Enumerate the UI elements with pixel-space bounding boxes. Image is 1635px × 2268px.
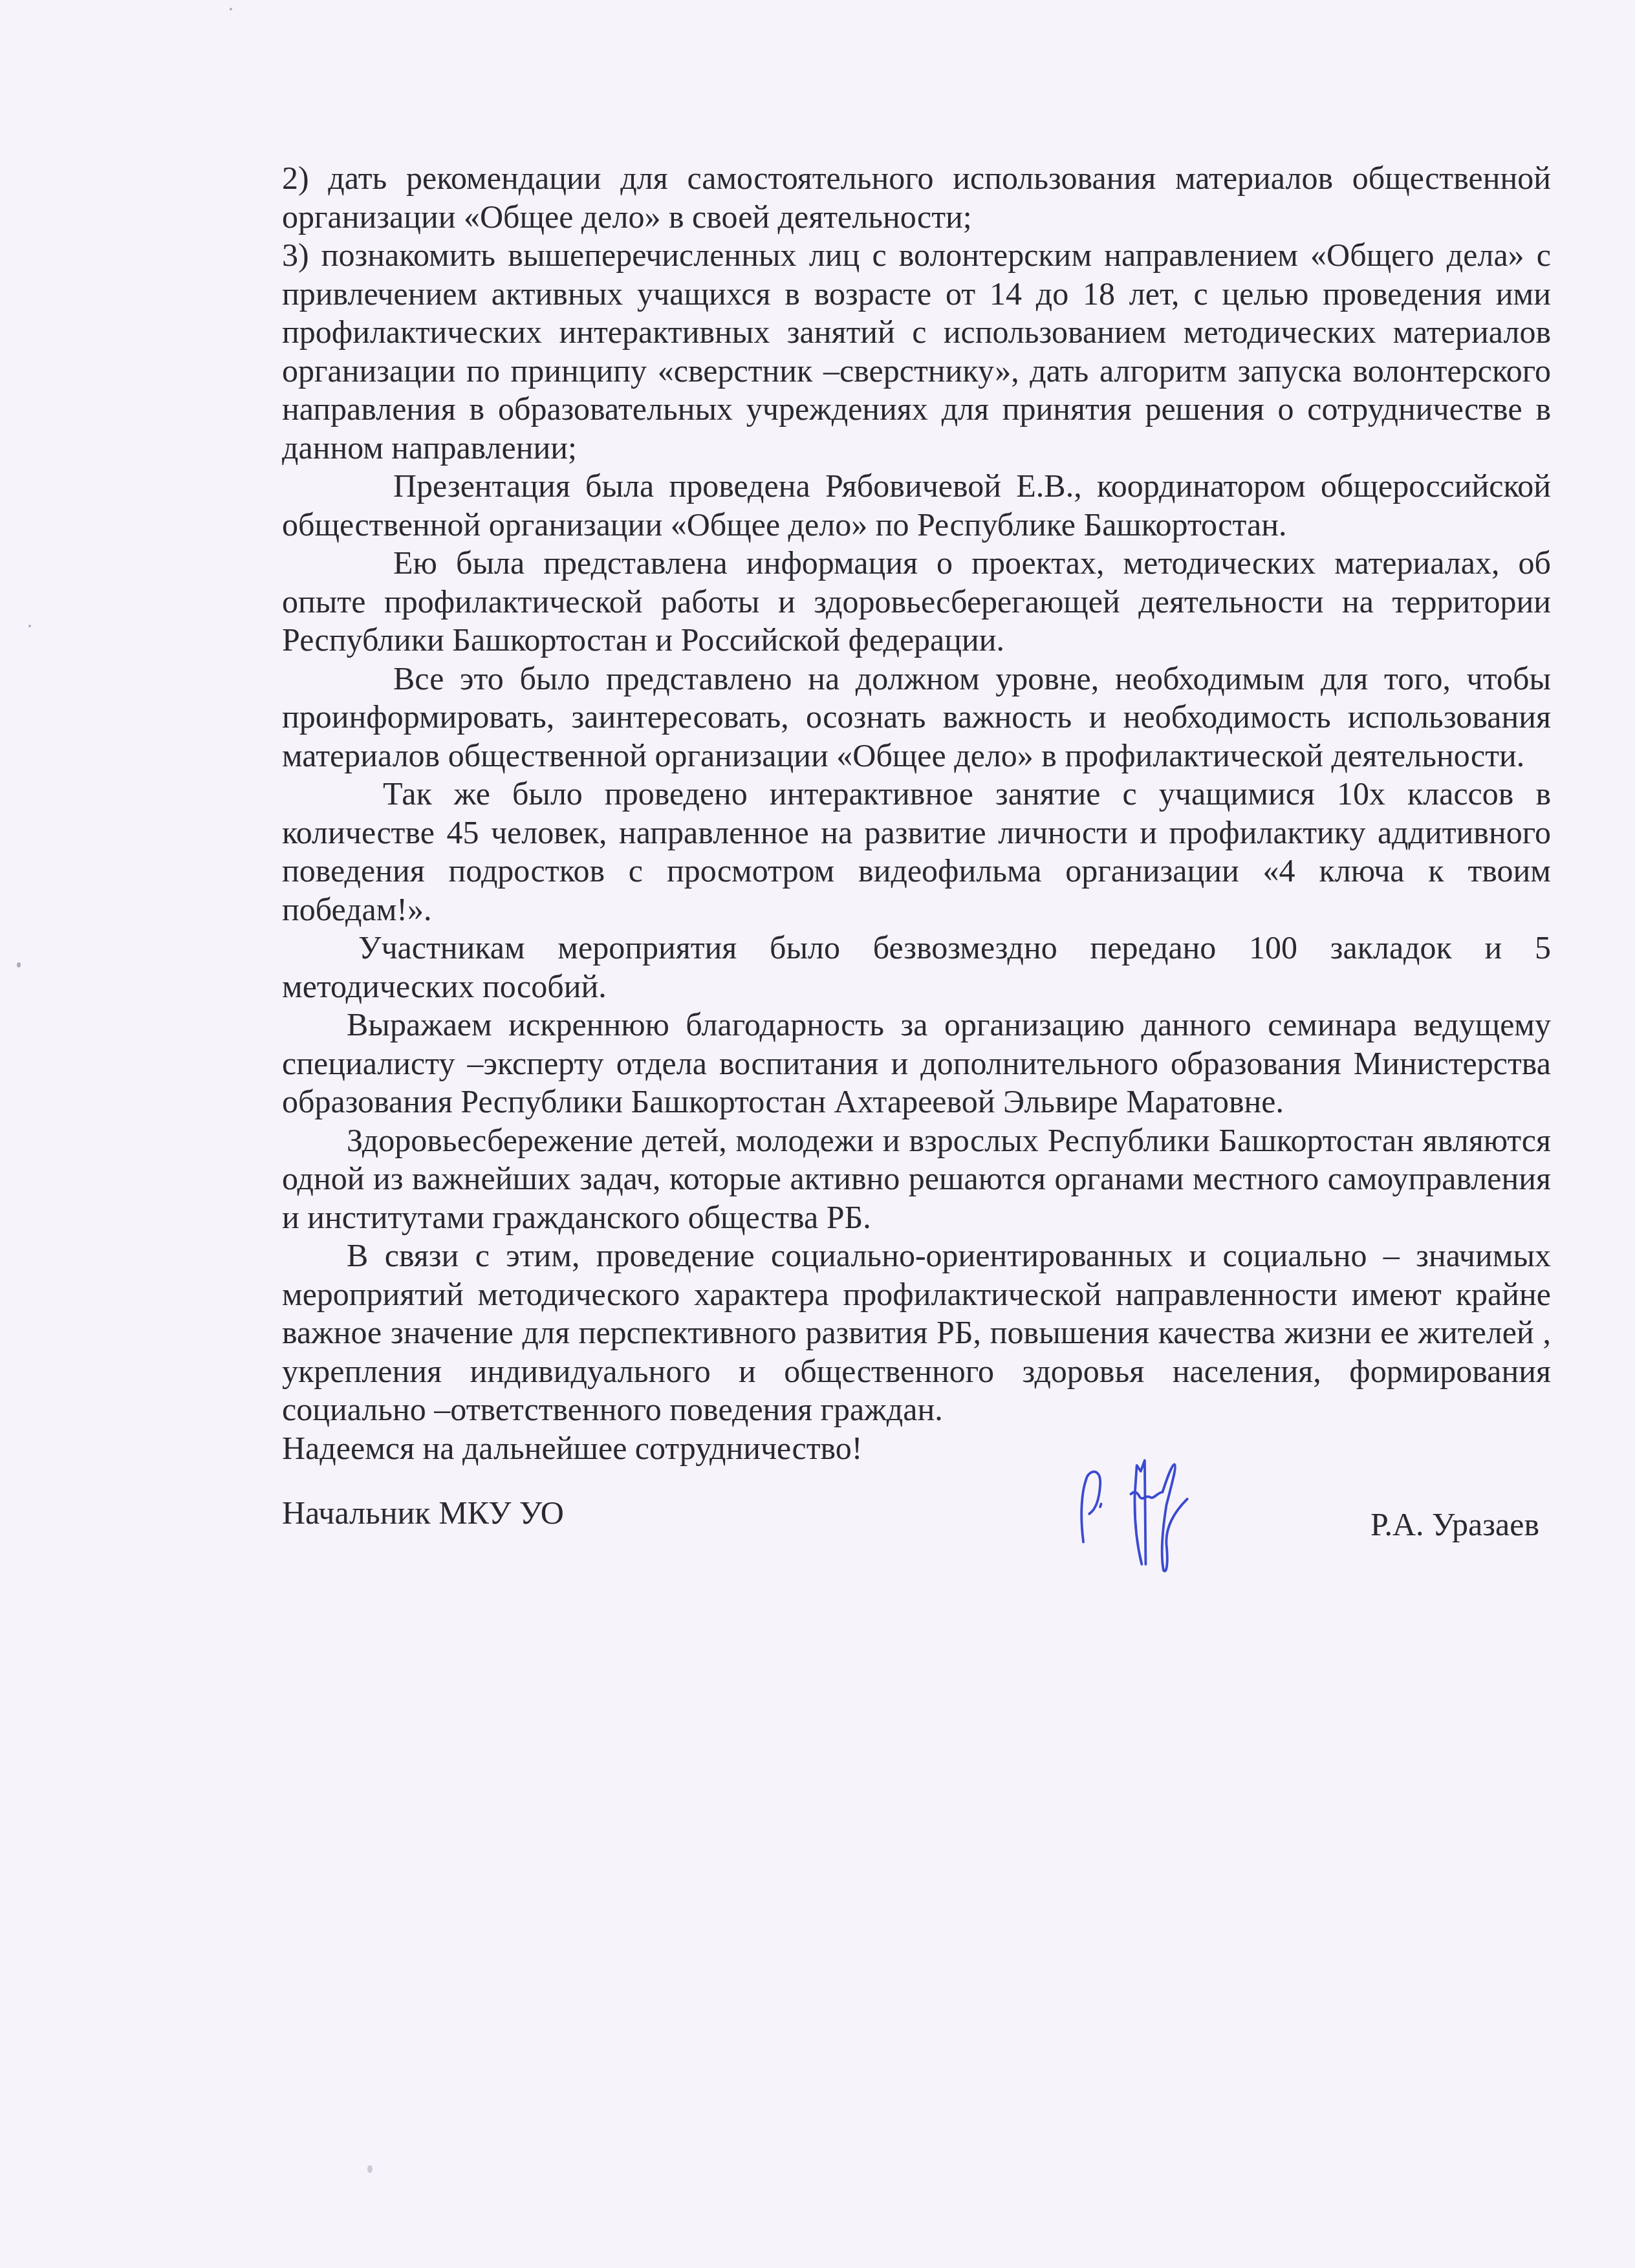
paragraph-interactive-lesson: Так же было проведено интерактивное заня… bbox=[282, 775, 1551, 929]
scan-speck bbox=[17, 962, 21, 967]
paragraph-evaluation: Все это было представлено на должном уро… bbox=[282, 660, 1551, 775]
paragraph-presentation: Презентация была проведена Рябовичевой Е… bbox=[282, 467, 1551, 544]
signatory-title: Начальник МКУ УО bbox=[282, 1494, 564, 1531]
scan-speck bbox=[28, 625, 31, 627]
paragraph-item-2: 2) дать рекомендации для самостоятельног… bbox=[282, 159, 1551, 236]
signature-block: Начальник МКУ УО Р.А. Уразаев bbox=[282, 1487, 1551, 1565]
letter-body: 2) дать рекомендации для самостоятельног… bbox=[282, 159, 1551, 1467]
paragraph-item-3: 3) познакомить вышеперечисленных лиц с в… bbox=[282, 236, 1551, 467]
paragraph-health: Здоровьесбережение детей, молодежи и взр… bbox=[282, 1121, 1551, 1237]
paragraph-closing: Надеемся на дальнейшее сотрудничество! bbox=[282, 1429, 1551, 1468]
paragraph-materials-given: Участникам мероприятия было безвозмездно… bbox=[282, 929, 1551, 1006]
scan-speck bbox=[230, 8, 232, 10]
paragraph-information: Ею была представлена информация о проект… bbox=[282, 544, 1551, 660]
document-page: 2) дать рекомендации для самостоятельног… bbox=[0, 0, 1635, 2268]
paragraph-significance: В связи с этим, проведение социально-ори… bbox=[282, 1237, 1551, 1429]
handwritten-signature-icon bbox=[1048, 1436, 1216, 1604]
scan-speck bbox=[367, 2165, 373, 2173]
signatory-name: Р.А. Уразаев bbox=[1370, 1506, 1539, 1543]
paragraph-gratitude: Выражаем искреннюю благодарность за орга… bbox=[282, 1006, 1551, 1121]
